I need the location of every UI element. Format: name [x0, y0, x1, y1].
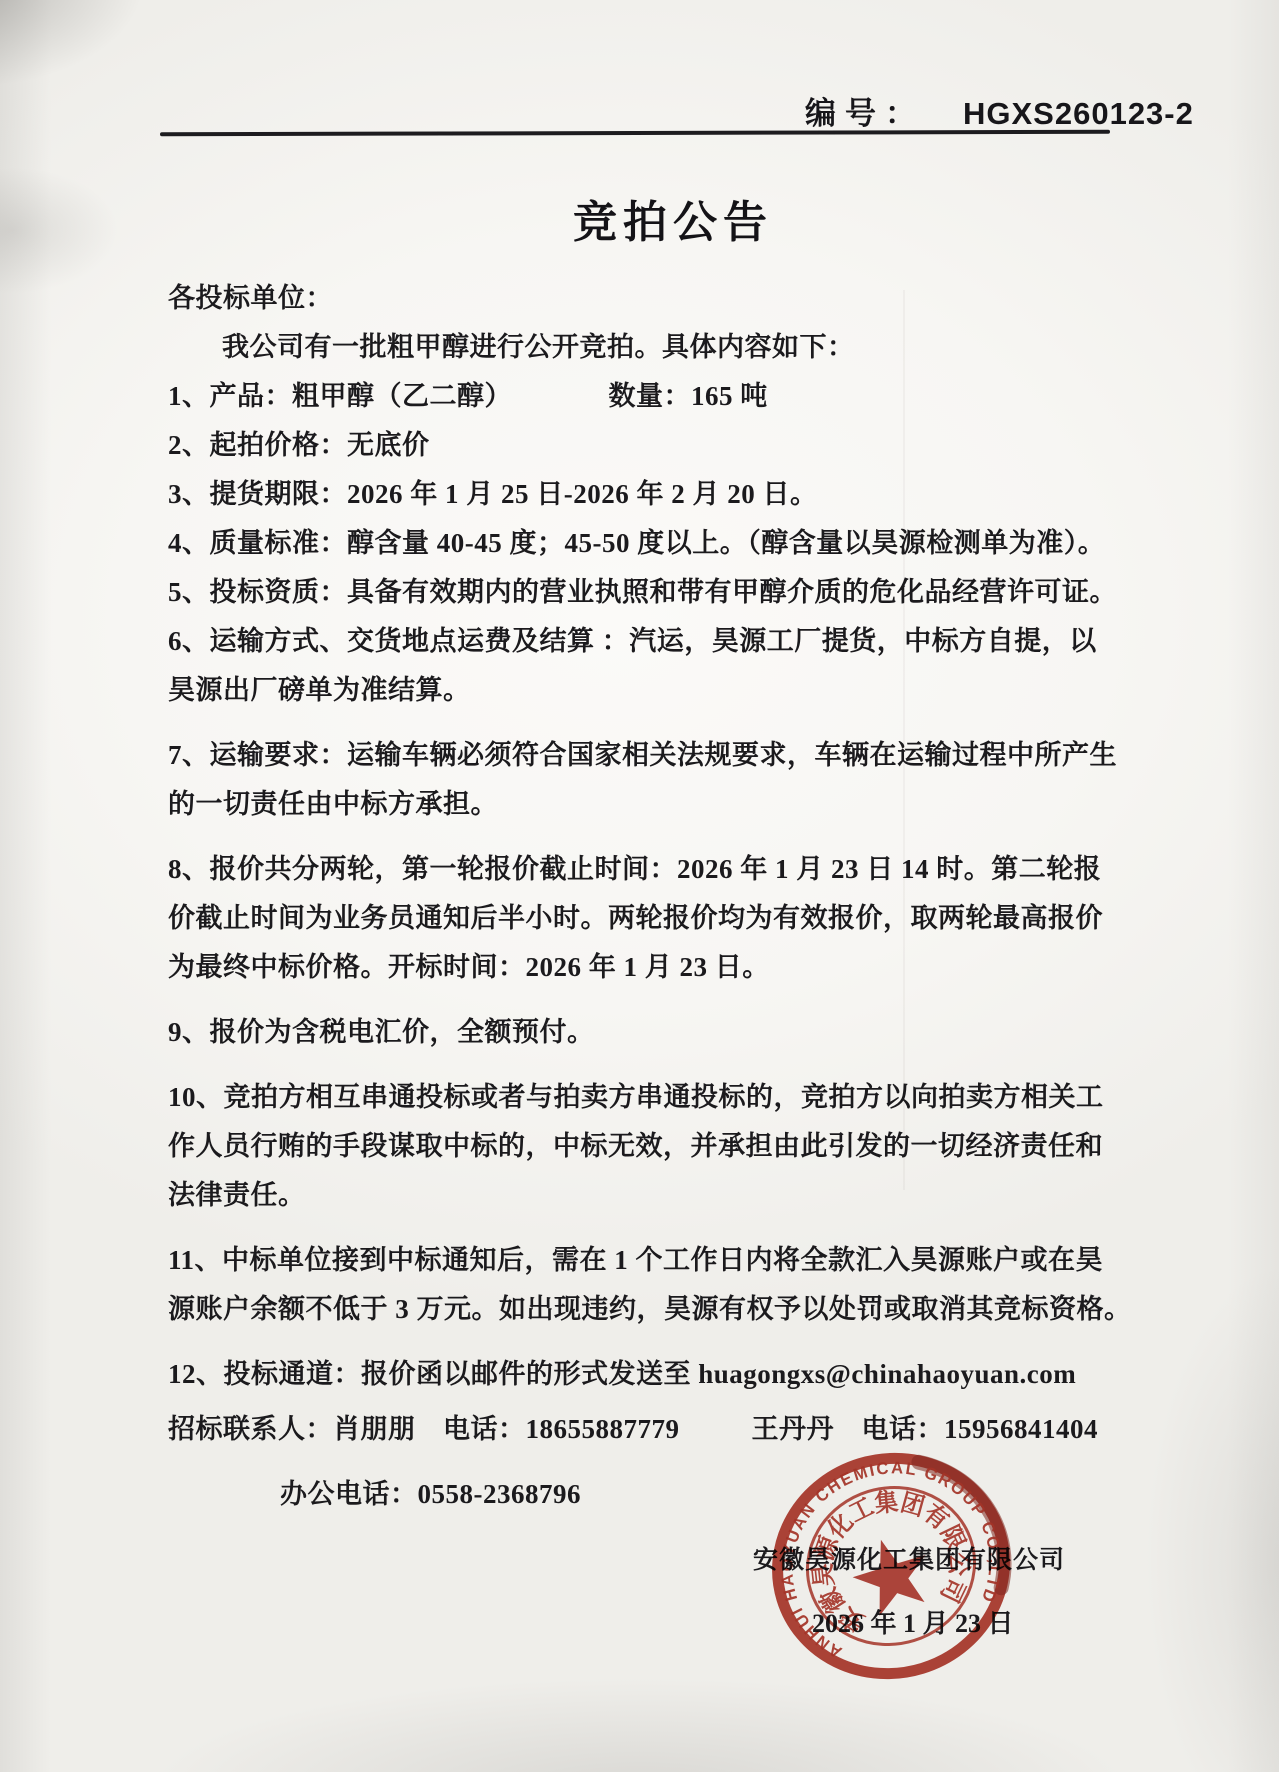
document-number: 编号：HGXS260123-2 — [805, 88, 1194, 133]
notice-item: 5、投标资质：具备有效期内的营业执照和带有甲醇介质的危化品经营许可证。 — [168, 568, 1198, 617]
notice-item: 11、中标单位接到中标通知后，需在 1 个工作日内将全款汇入昊源账户或在昊 源账… — [168, 1236, 1198, 1334]
document-number-label: 编号： — [805, 96, 925, 131]
document-body: 竞拍公告 各投标单位： 我公司有一批粗甲醇进行公开竞拍。具体内容如下： 1、产品… — [168, 170, 1198, 1519]
notice-item: 10、竞拍方相互串通投标或者与拍卖方串通投标的，竞拍方以向拍卖方相关工 作人员行… — [168, 1073, 1198, 1220]
notice-item: 6、运输方式、交货地点运费及结算 ：汽运，昊源工厂提货，中标方自提，以 昊源出厂… — [168, 617, 1198, 715]
company-seal-stamp: ANHUI HAOYUAN CHEMICAL GROUP CO.,LTD 安徽昊… — [701, 1385, 1081, 1747]
items-list: 1、产品：粗甲醇（乙二醇） 数量：165 吨2、起拍价格：无底价3、提货期限：2… — [168, 372, 1198, 1399]
page-title: 竞拍公告 — [148, 186, 1198, 250]
notice-item: 2、起拍价格：无底价 — [168, 421, 1198, 470]
scanned-document-page: 编号：HGXS260123-2 竞拍公告 各投标单位： 我公司有一批粗甲醇进行公… — [0, 0, 1279, 1772]
notice-item: 3、提货期限：2026 年 1 月 25 日-2026 年 2 月 20 日。 — [168, 470, 1198, 519]
header-underline — [160, 130, 1110, 136]
document-number-value: HGXS260123-2 — [963, 96, 1194, 131]
notice-item: 1、产品：粗甲醇（乙二醇） 数量：165 吨 — [168, 372, 1198, 421]
notice-item: 8、报价共分两轮，第一轮报价截止时间：2026 年 1 月 23 日 14 时。… — [168, 845, 1198, 992]
notice-item: 4、质量标准：醇含量 40-45 度；45-50 度以上。（醇含量以昊源检测单为… — [168, 519, 1198, 568]
intro-paragraph: 我公司有一批粗甲醇进行公开竞拍。具体内容如下： — [168, 323, 1198, 372]
notice-item: 9、报价为含税电汇价，全额预付。 — [168, 1008, 1198, 1057]
notice-item: 7、运输要求：运输车辆必须符合国家相关法规要求，车辆在运输过程中所产生 的一切责… — [168, 731, 1198, 829]
seal-star-icon — [845, 1529, 939, 1620]
salutation: 各投标单位： — [168, 274, 1198, 323]
contact-primary: 招标联系人：肖朋朋 电话：18655887779 — [168, 1405, 680, 1454]
